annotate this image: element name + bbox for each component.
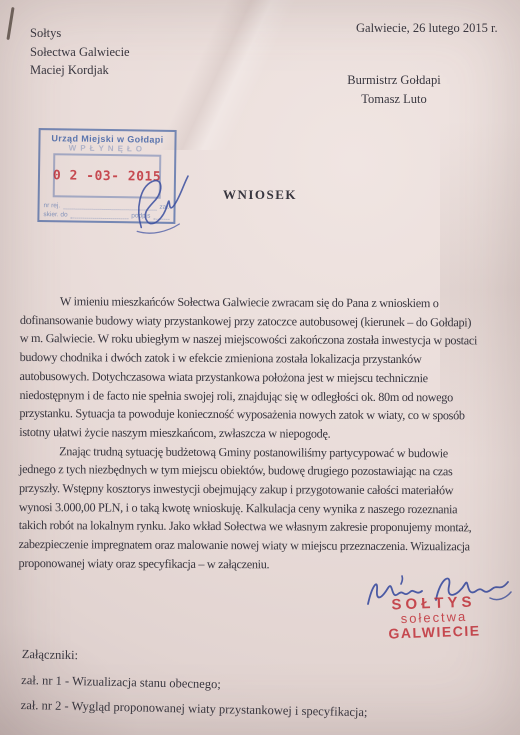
receipt-stamp: Urząd Miejski w Gołdapi WPŁYNĘŁO 0 2 -03… — [37, 128, 176, 224]
text-line: Znając trudną sytuację budżetową Gminy p… — [19, 442, 511, 463]
text-line: w m. Galwiecie. W roku ubiegłym w naszej… — [20, 329, 512, 350]
document-title: WNIOSEK — [0, 187, 520, 203]
attachments-list: zał. nr 1 - Wizualizacja stanu obecnego;… — [20, 668, 368, 725]
place-date-line: Galwiecie, 26 lutego 2015 r. — [356, 21, 498, 36]
text-line: takich robót na lokalnym rynku. Jako wkł… — [19, 516, 511, 537]
text-line: niedostępnym i de facto nie spełnia swoj… — [19, 386, 511, 407]
text-line: autobusowych. Dotychczasowa wiata przyst… — [20, 367, 512, 388]
signature-area: SOŁTYS sołectwa GALWIECIE — [356, 566, 518, 681]
soltys-red-stamp: SOŁTYS sołectwa GALWIECIE — [371, 594, 496, 642]
receipt-stamp-received-label: WPŁYNĘŁO — [40, 143, 174, 154]
addressee-name: Burmistrz Gołdapi — [336, 71, 452, 90]
sender-block: SołtysSołectwa GalwiecieMaciej Kordjak — [30, 24, 130, 80]
text-line: budowy chodnika i dwóch zatok i w efekci… — [20, 348, 512, 369]
text-line: W imieniu mieszkańców Sołectwa Galwiecie… — [20, 292, 512, 313]
text-line: Sołtys — [30, 24, 130, 43]
text-line: Sołectwa Galwiecie — [30, 43, 130, 62]
text-line: dofinansowanie budowy wiaty przystankowe… — [20, 311, 512, 332]
text-line: przyszły. Wstępny kosztorys inwestycji o… — [19, 479, 511, 500]
paragraph-1: W imieniu mieszkańców Sołectwa Galwiecie… — [19, 292, 512, 444]
field-label-nr-rej: nr rej. — [44, 202, 61, 209]
text-line: przystanku. Sytuacja ta powoduje koniecz… — [19, 404, 511, 425]
letter-body: W imieniu mieszkańców Sołectwa Galwiecie… — [19, 292, 512, 575]
attachments-heading: Załączniki: — [22, 645, 369, 670]
pen-mark — [6, 7, 14, 40]
text-line: istotny ułatwi życie naszym mieszkańcom,… — [19, 423, 511, 444]
addressee-person: Tomasz Luto — [336, 90, 452, 109]
attachments-block: Załączniki: zał. nr 1 - Wizualizacja sta… — [20, 645, 368, 725]
addressee-block: Burmistrz Gołdapi Tomasz Luto — [336, 71, 452, 109]
red-stamp-line3: GALWIECIE — [372, 623, 496, 642]
text-line: wynosi 3.000,00 PLN, i o taką kwotę wnio… — [19, 498, 511, 519]
clerk-signature-scribble — [127, 169, 190, 240]
text-line: zabezpieczenie impregnatem oraz malowani… — [19, 535, 511, 556]
text-line: Maciej Kordjak — [30, 61, 130, 80]
text-line: jednego z tych niezbędnych w tym miejscu… — [19, 460, 511, 481]
dotted-line — [71, 210, 129, 219]
paragraph-2: Znając trudną sytuację budżetową Gminy p… — [19, 442, 512, 575]
field-label-skier-do: skier. do — [43, 211, 67, 218]
scanned-letter-page: SołtysSołectwa GalwiecieMaciej Kordjak G… — [0, 0, 520, 735]
